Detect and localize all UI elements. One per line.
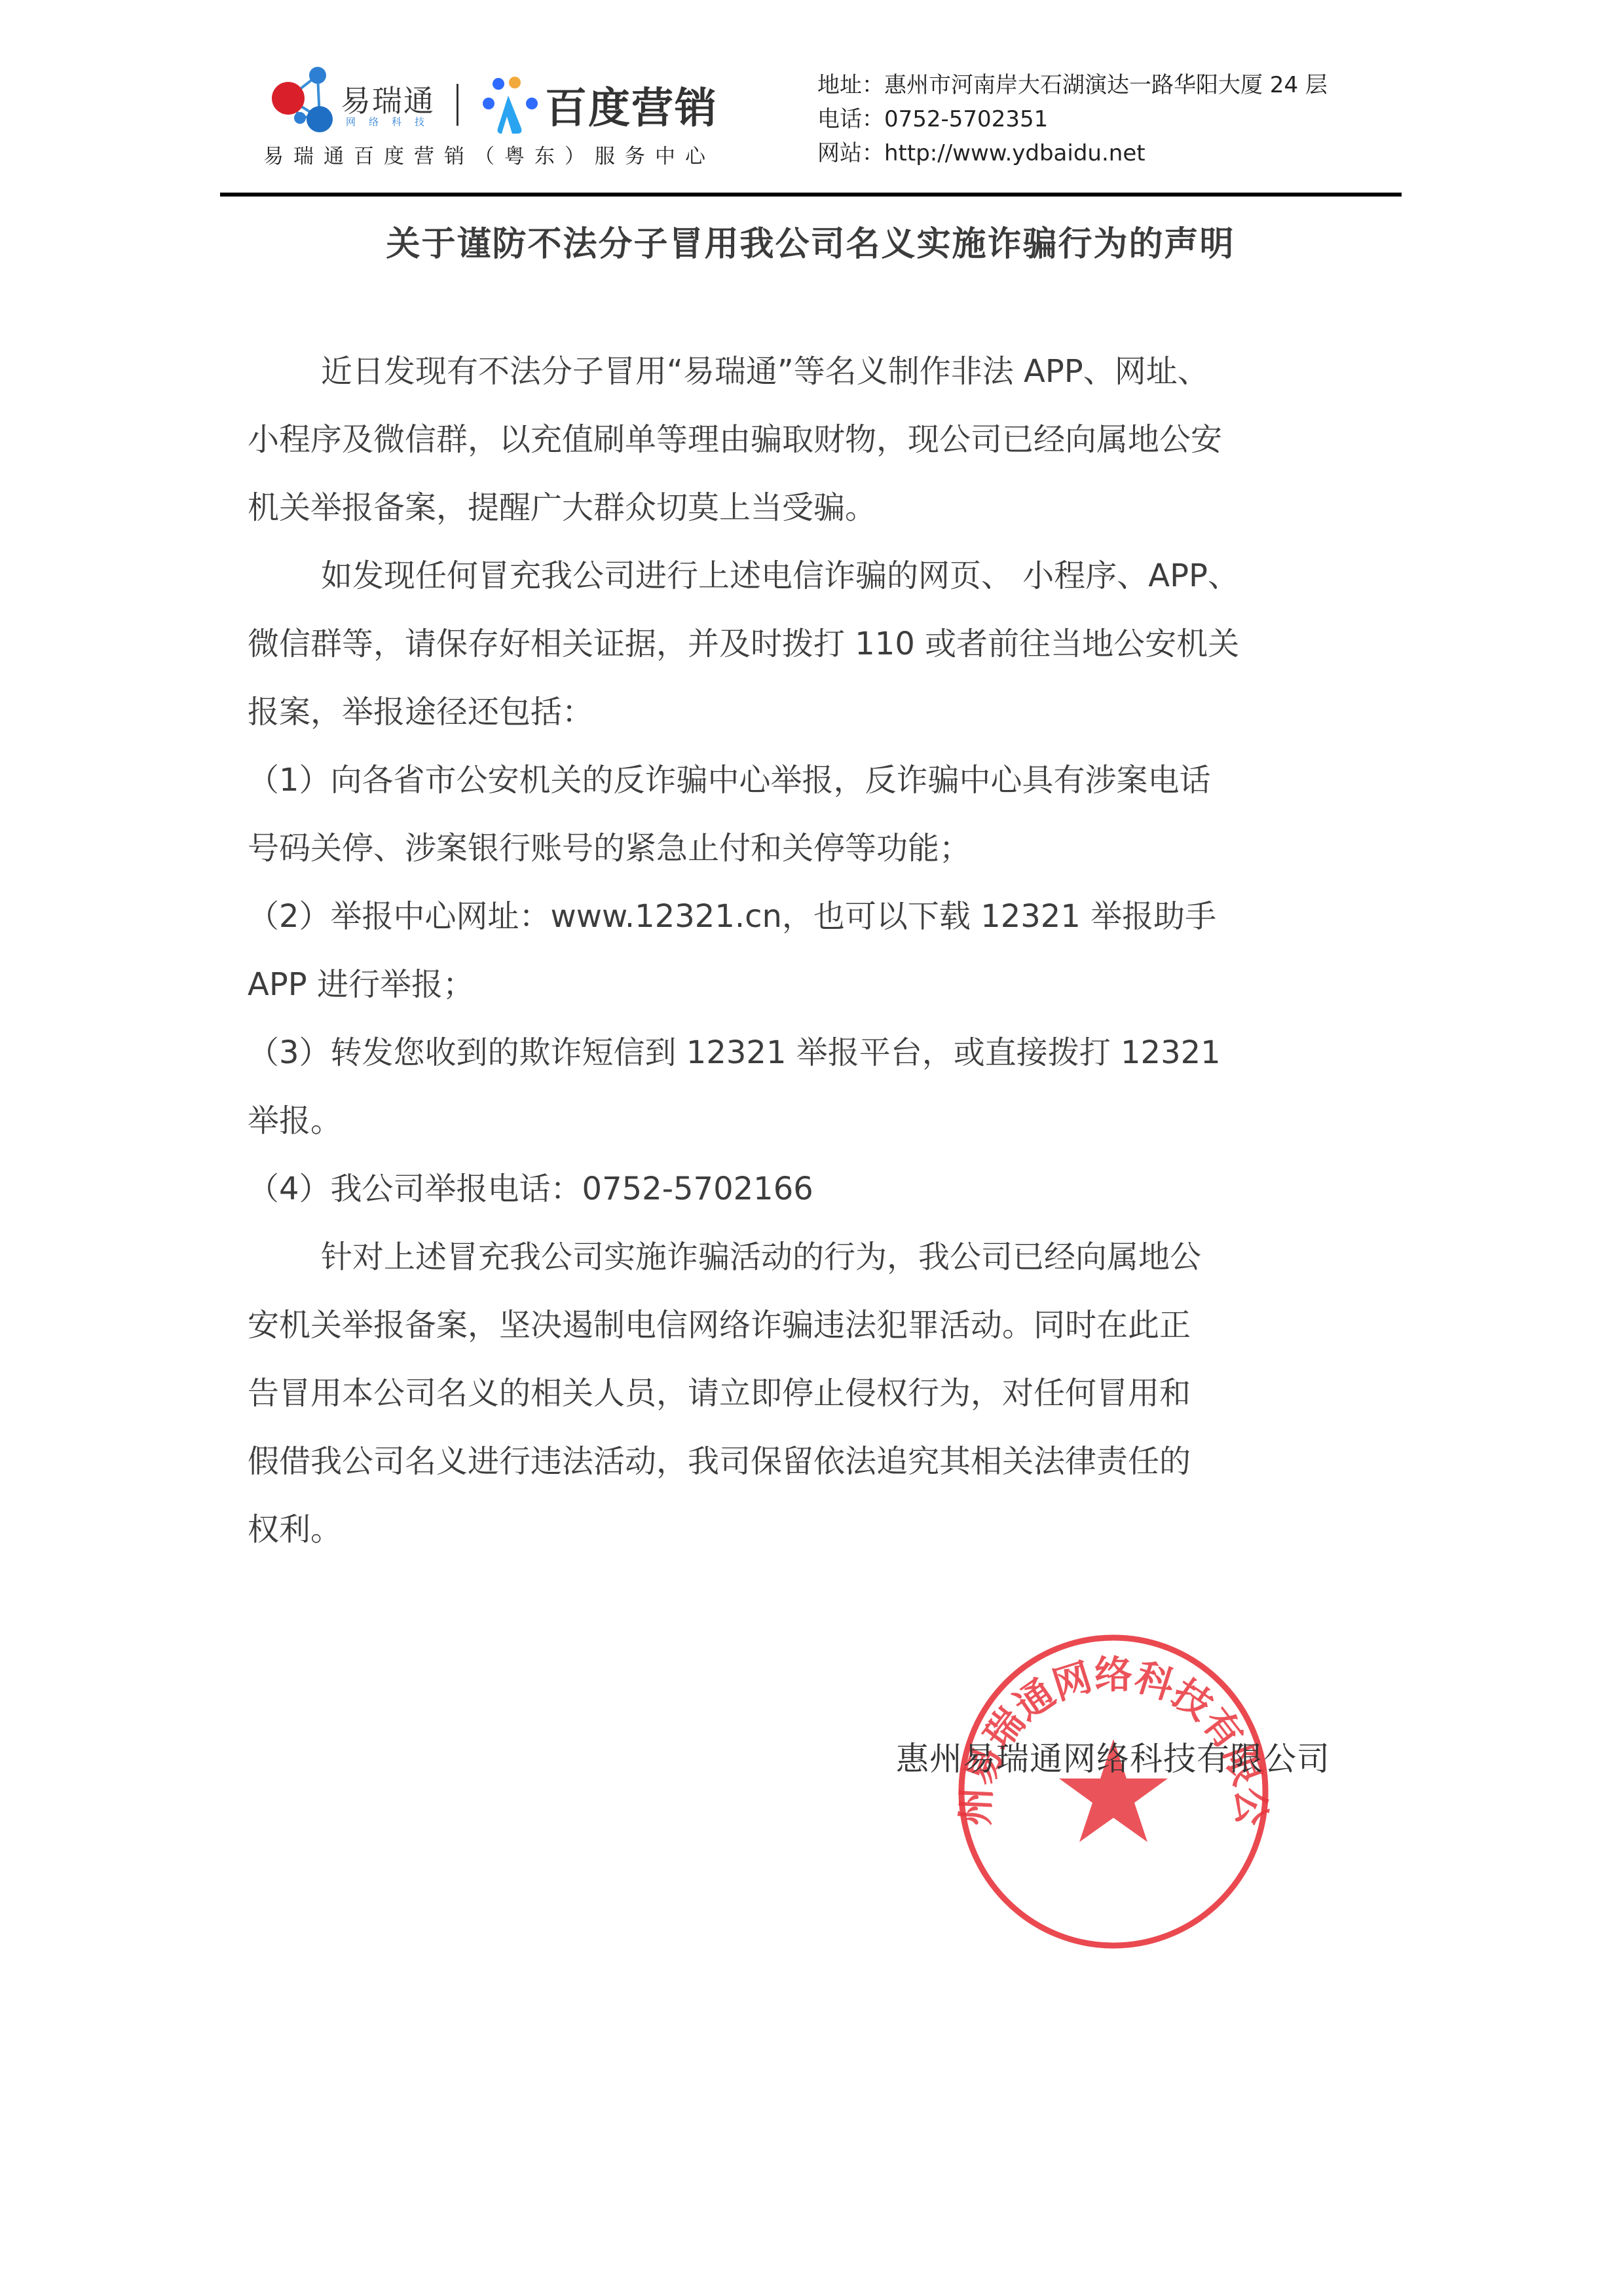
- paragraph-line: 如发现任何冒充我公司进行上述电信诈骗的网页、 小程序、APP、: [248, 542, 1400, 610]
- list-item-2: （2）举报中心网址：www.12321.cn，也可以下载 12321 举报助手: [248, 882, 1400, 950]
- paragraph-line: 安机关举报备案，坚决遏制电信网络诈骗违法犯罪活动。同时在此正: [248, 1291, 1400, 1359]
- paragraph-line: 微信群等，请保存好相关证据，并及时拨打 110 或者前往当地公安机关: [248, 610, 1400, 678]
- paragraph-line: 针对上述冒充我公司实施诈骗活动的行为，我公司已经向属地公: [248, 1223, 1400, 1291]
- partner-name: 百度营销: [545, 75, 718, 135]
- header-rule: [220, 193, 1402, 197]
- document-title: 关于谨防不法分子冒用我公司名义实施诈骗行为的声明: [0, 216, 1621, 265]
- baidu-paw-icon: [481, 76, 540, 135]
- list-item-3-cont: 举报。: [248, 1087, 1400, 1155]
- service-center-tagline: 易瑞通百度营销（粤东）服务中心: [263, 140, 715, 169]
- list-item-1: （1）向各省市公安机关的反诈骗中心举报，反诈骗中心具有涉案电话: [248, 746, 1400, 814]
- website: 网站：http://www.ydbaidu.net: [817, 136, 1328, 170]
- paragraph-line: 近日发现有不法分子冒用“易瑞通”等名义制作非法 APP、网址、: [248, 337, 1400, 405]
- list-item-4: （4）我公司举报电话：0752-5702166: [248, 1155, 1400, 1223]
- list-item-2-cont: APP 进行举报；: [248, 950, 1400, 1019]
- list-item-1-cont: 号码关停、涉案银行账号的紧急止付和关停等功能；: [248, 814, 1400, 882]
- molecule-logo-icon: [269, 66, 337, 138]
- list-item-3: （3）转发您收到的欺诈短信到 12321 举报平台，或直接拨打 12321: [248, 1019, 1400, 1087]
- phone: 电话：0752-5702351: [817, 102, 1328, 136]
- paragraph-line: 权利。: [248, 1496, 1400, 1564]
- contact-info: 地址：惠州市河南岸大石湖演达一路华阳大厦 24 层 电话：0752-570235…: [817, 68, 1328, 170]
- paragraph-line: 机关举报备案，提醒广大群众切莫上当受骗。: [248, 474, 1400, 542]
- address: 地址：惠州市河南岸大石湖演达一路华阳大厦 24 层: [817, 68, 1328, 102]
- brand-subtitle: 网络科技: [346, 115, 438, 128]
- paragraph-line: 假借我公司名义进行违法活动，我司保留依法追究其相关法律责任的: [248, 1427, 1400, 1496]
- document-body: 近日发现有不法分子冒用“易瑞通”等名义制作非法 APP、网址、 小程序及微信群，…: [248, 337, 1400, 1564]
- brand-divider: [456, 84, 458, 126]
- company-signature: 惠州易瑞通网络科技有限公司: [896, 1733, 1330, 1780]
- paragraph-line: 告冒用本公司名义的相关人员，请立即停止侵权行为，对任何冒用和: [248, 1359, 1400, 1427]
- company-seal-icon: 惠州易瑞通网络科技有限公司: [930, 1625, 1297, 1959]
- paragraph-line: 小程序及微信群，以充值刷单等理由骗取财物，现公司已经向属地公安: [248, 405, 1400, 474]
- paragraph-line: 报案，举报途径还包括：: [248, 678, 1400, 746]
